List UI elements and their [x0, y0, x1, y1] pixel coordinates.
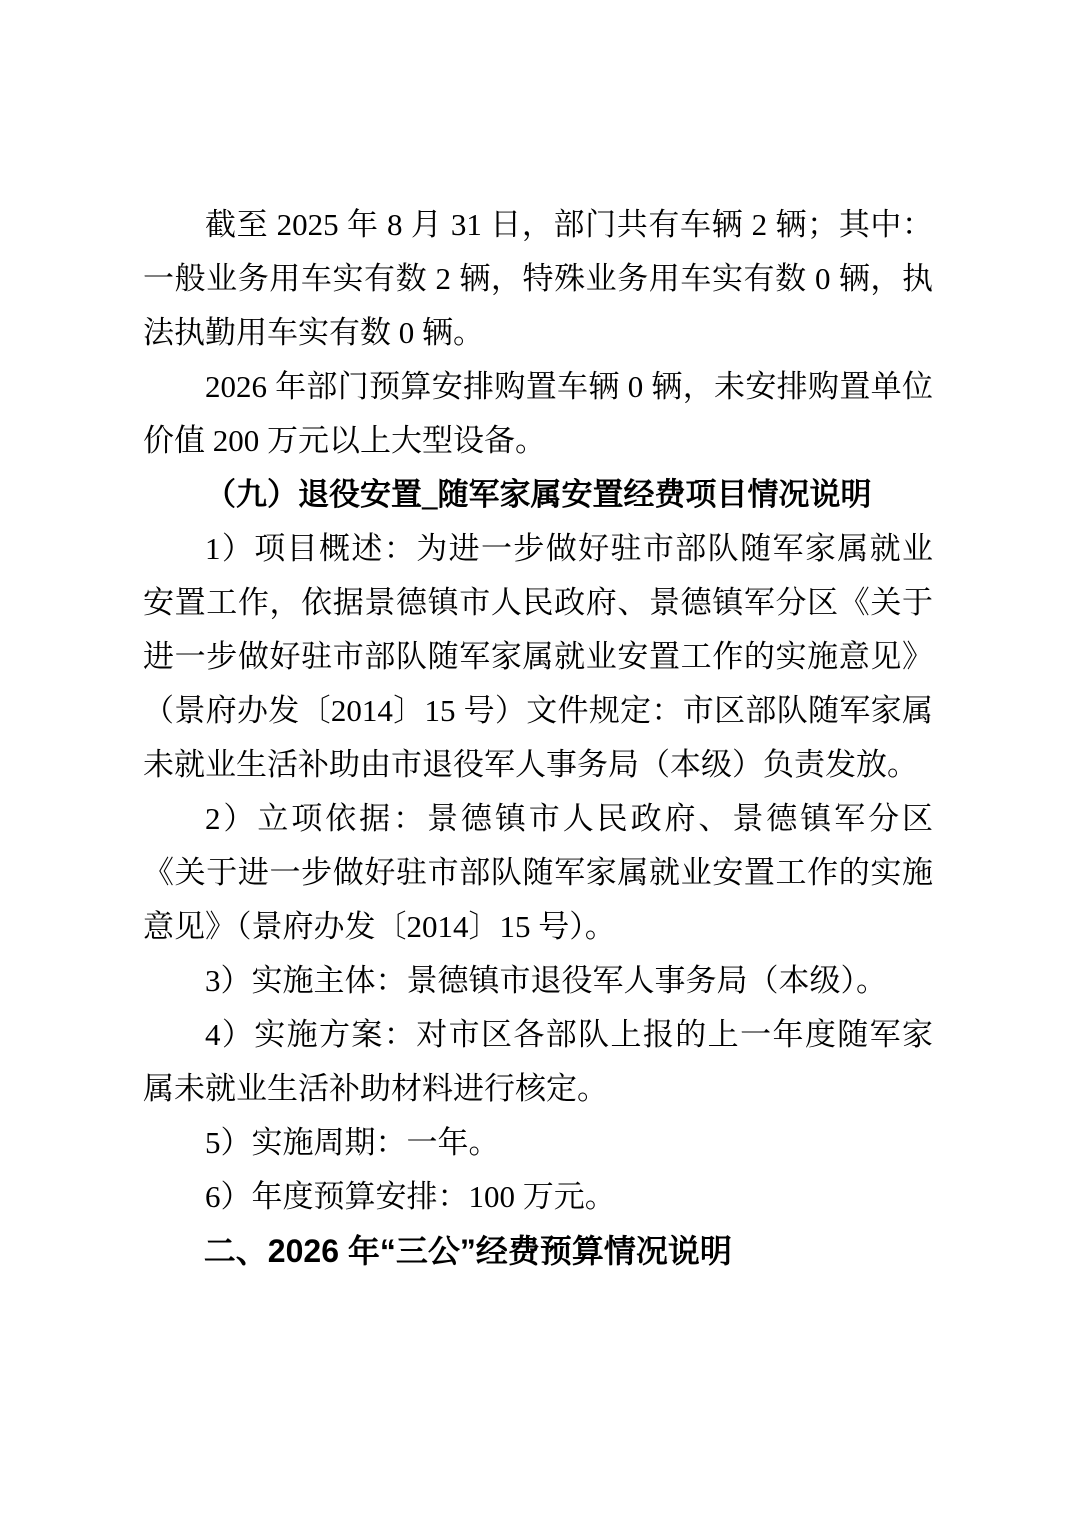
paragraph-vehicles-2026-budget: 2026 年部门预算安排购置车辆 0 辆，未安排购置单位价值 200 万元以上大… — [143, 360, 933, 468]
paragraph-implementation-period: 5）实施周期：一年。 — [143, 1116, 933, 1170]
paragraph-implementing-body: 3）实施主体：景德镇市退役军人事务局（本级）。 — [143, 954, 933, 1008]
document-page: 截至 2025 年 8 月 31 日，部门共有车辆 2 辆；其中：一般业务用车实… — [0, 0, 1074, 1520]
paragraph-vehicles-current: 截至 2025 年 8 月 31 日，部门共有车辆 2 辆；其中：一般业务用车实… — [143, 198, 933, 360]
paragraph-implementation-plan: 4）实施方案：对市区各部队上报的上一年度随军家属未就业生活补助材料进行核定。 — [143, 1008, 933, 1116]
paragraph-annual-budget: 6）年度预算安排：100 万元。 — [143, 1170, 933, 1224]
section-heading-2-sangong-expenses: 二、2026 年“三公”经费预算情况说明 — [143, 1224, 933, 1278]
paragraph-project-overview: 1）项目概述：为进一步做好驻市部队随军家属就业安置工作，依据景德镇市人民政府、景… — [143, 522, 933, 792]
document-body: 截至 2025 年 8 月 31 日，部门共有车辆 2 辆；其中：一般业务用车实… — [143, 198, 933, 1278]
paragraph-project-basis: 2）立项依据：景德镇市人民政府、景德镇军分区《关于进一步做好驻市部队随军家属就业… — [143, 792, 933, 954]
section-heading-9-resettlement-project: （九）退役安置_随军家属安置经费项目情况说明 — [143, 468, 933, 522]
